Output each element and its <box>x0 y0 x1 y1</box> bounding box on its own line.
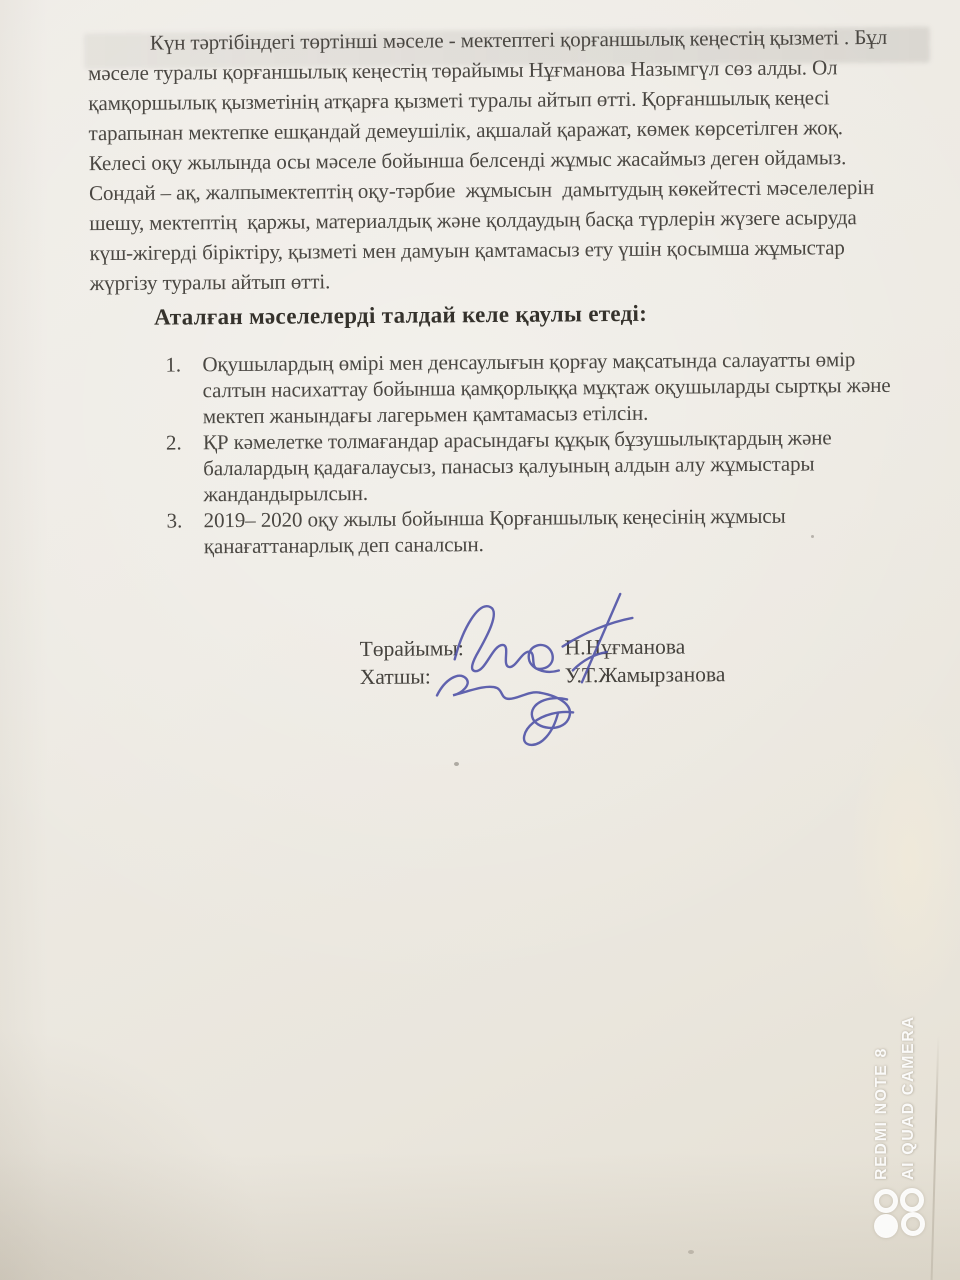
text-line: 2019– 2020 оқу жылы бойынша Қорғаншылық … <box>204 503 786 534</box>
redmi-quad-camera-logo-icon <box>872 1188 928 1247</box>
chairperson-signature <box>454 594 633 683</box>
list-item-text: Оқушылардың өмірі мен денсаулығын қорғау… <box>202 346 891 429</box>
list-item: 3. 2019– 2020 оқу жылы бойынша Қорғаншыл… <box>167 502 892 560</box>
secretary-signature <box>437 675 574 746</box>
list-item-text: 2019– 2020 оқу жылы бойынша Қорғаншылық … <box>204 503 786 560</box>
list-item-number: 2. <box>166 429 204 507</box>
camera-watermark: REDMI NOTE 8 AI QUAD CAMERA <box>868 980 922 1180</box>
watermark-line-1: REDMI NOTE 8 <box>868 980 895 1180</box>
text-line: салтын насихаттау бойынша қамқорлыққа мұ… <box>202 372 890 403</box>
list-item-number: 3. <box>167 507 204 559</box>
document-page: Күн тәртібіндегі төртінші мәселе - мекте… <box>0 0 960 1280</box>
text-line: қанағаттанарлық деп саналсын. <box>204 529 786 560</box>
handwritten-signatures-icon <box>424 586 685 753</box>
document-photo: Күн тәртібіндегі төртінші мәселе - мекте… <box>0 0 960 1280</box>
resolution-heading: Аталған мәселелерді талдай келе қаулы ет… <box>154 301 647 331</box>
list-item: 1. Оқушылардың өмірі мен денсаулығын қор… <box>165 346 891 430</box>
text-line: жүргізу туралы айтып өтті. <box>90 261 950 298</box>
paper-speck <box>688 1250 694 1254</box>
list-item-number: 1. <box>165 351 203 429</box>
text-line: балалардың қадағалаусыз, панасыз қалуыны… <box>203 450 832 481</box>
paragraph-agenda-item: Күн тәртібіндегі төртінші мәселе - мекте… <box>88 21 950 298</box>
paper-speck <box>811 535 814 538</box>
resolution-list: 1. Оқушылардың өмірі мен денсаулығын қор… <box>165 346 892 560</box>
list-item-text: ҚР кәмелетке толмағандар арасындағы құқы… <box>203 424 832 507</box>
watermark-line-2: AI QUAD CAMERA <box>895 980 922 1180</box>
paper-speck <box>454 762 459 766</box>
list-item: 2. ҚР кәмелетке толмағандар арасындағы қ… <box>166 424 892 508</box>
